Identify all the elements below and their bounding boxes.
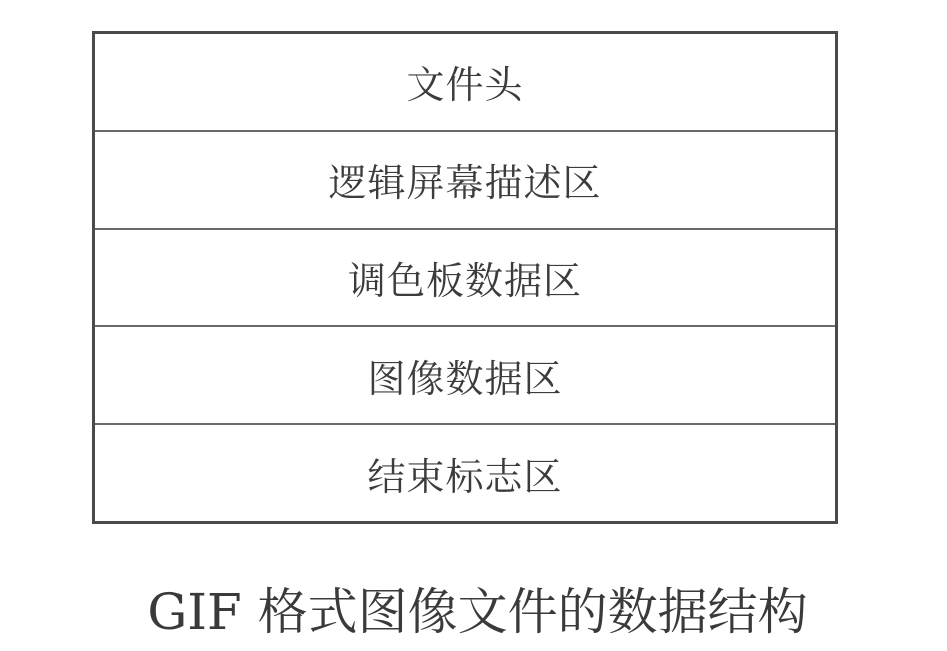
row-label: 图像数据区 bbox=[367, 348, 562, 403]
row-label: 结束标志区 bbox=[367, 446, 562, 501]
figure-caption: GIF 格式图像文件的数据结构 bbox=[0, 572, 947, 644]
row-file-header: 文件头 bbox=[95, 34, 835, 132]
row-label: 文件头 bbox=[406, 54, 523, 109]
row-palette-data: 调色板数据区 bbox=[95, 230, 835, 328]
row-image-data: 图像数据区 bbox=[95, 327, 835, 425]
row-label: 调色板数据区 bbox=[348, 250, 582, 305]
row-label: 逻辑屏幕描述区 bbox=[328, 152, 601, 207]
row-logical-screen-descriptor: 逻辑屏幕描述区 bbox=[95, 132, 835, 230]
row-trailer: 结束标志区 bbox=[95, 425, 835, 521]
gif-structure-table: 文件头 逻辑屏幕描述区 调色板数据区 图像数据区 结束标志区 bbox=[92, 31, 838, 524]
